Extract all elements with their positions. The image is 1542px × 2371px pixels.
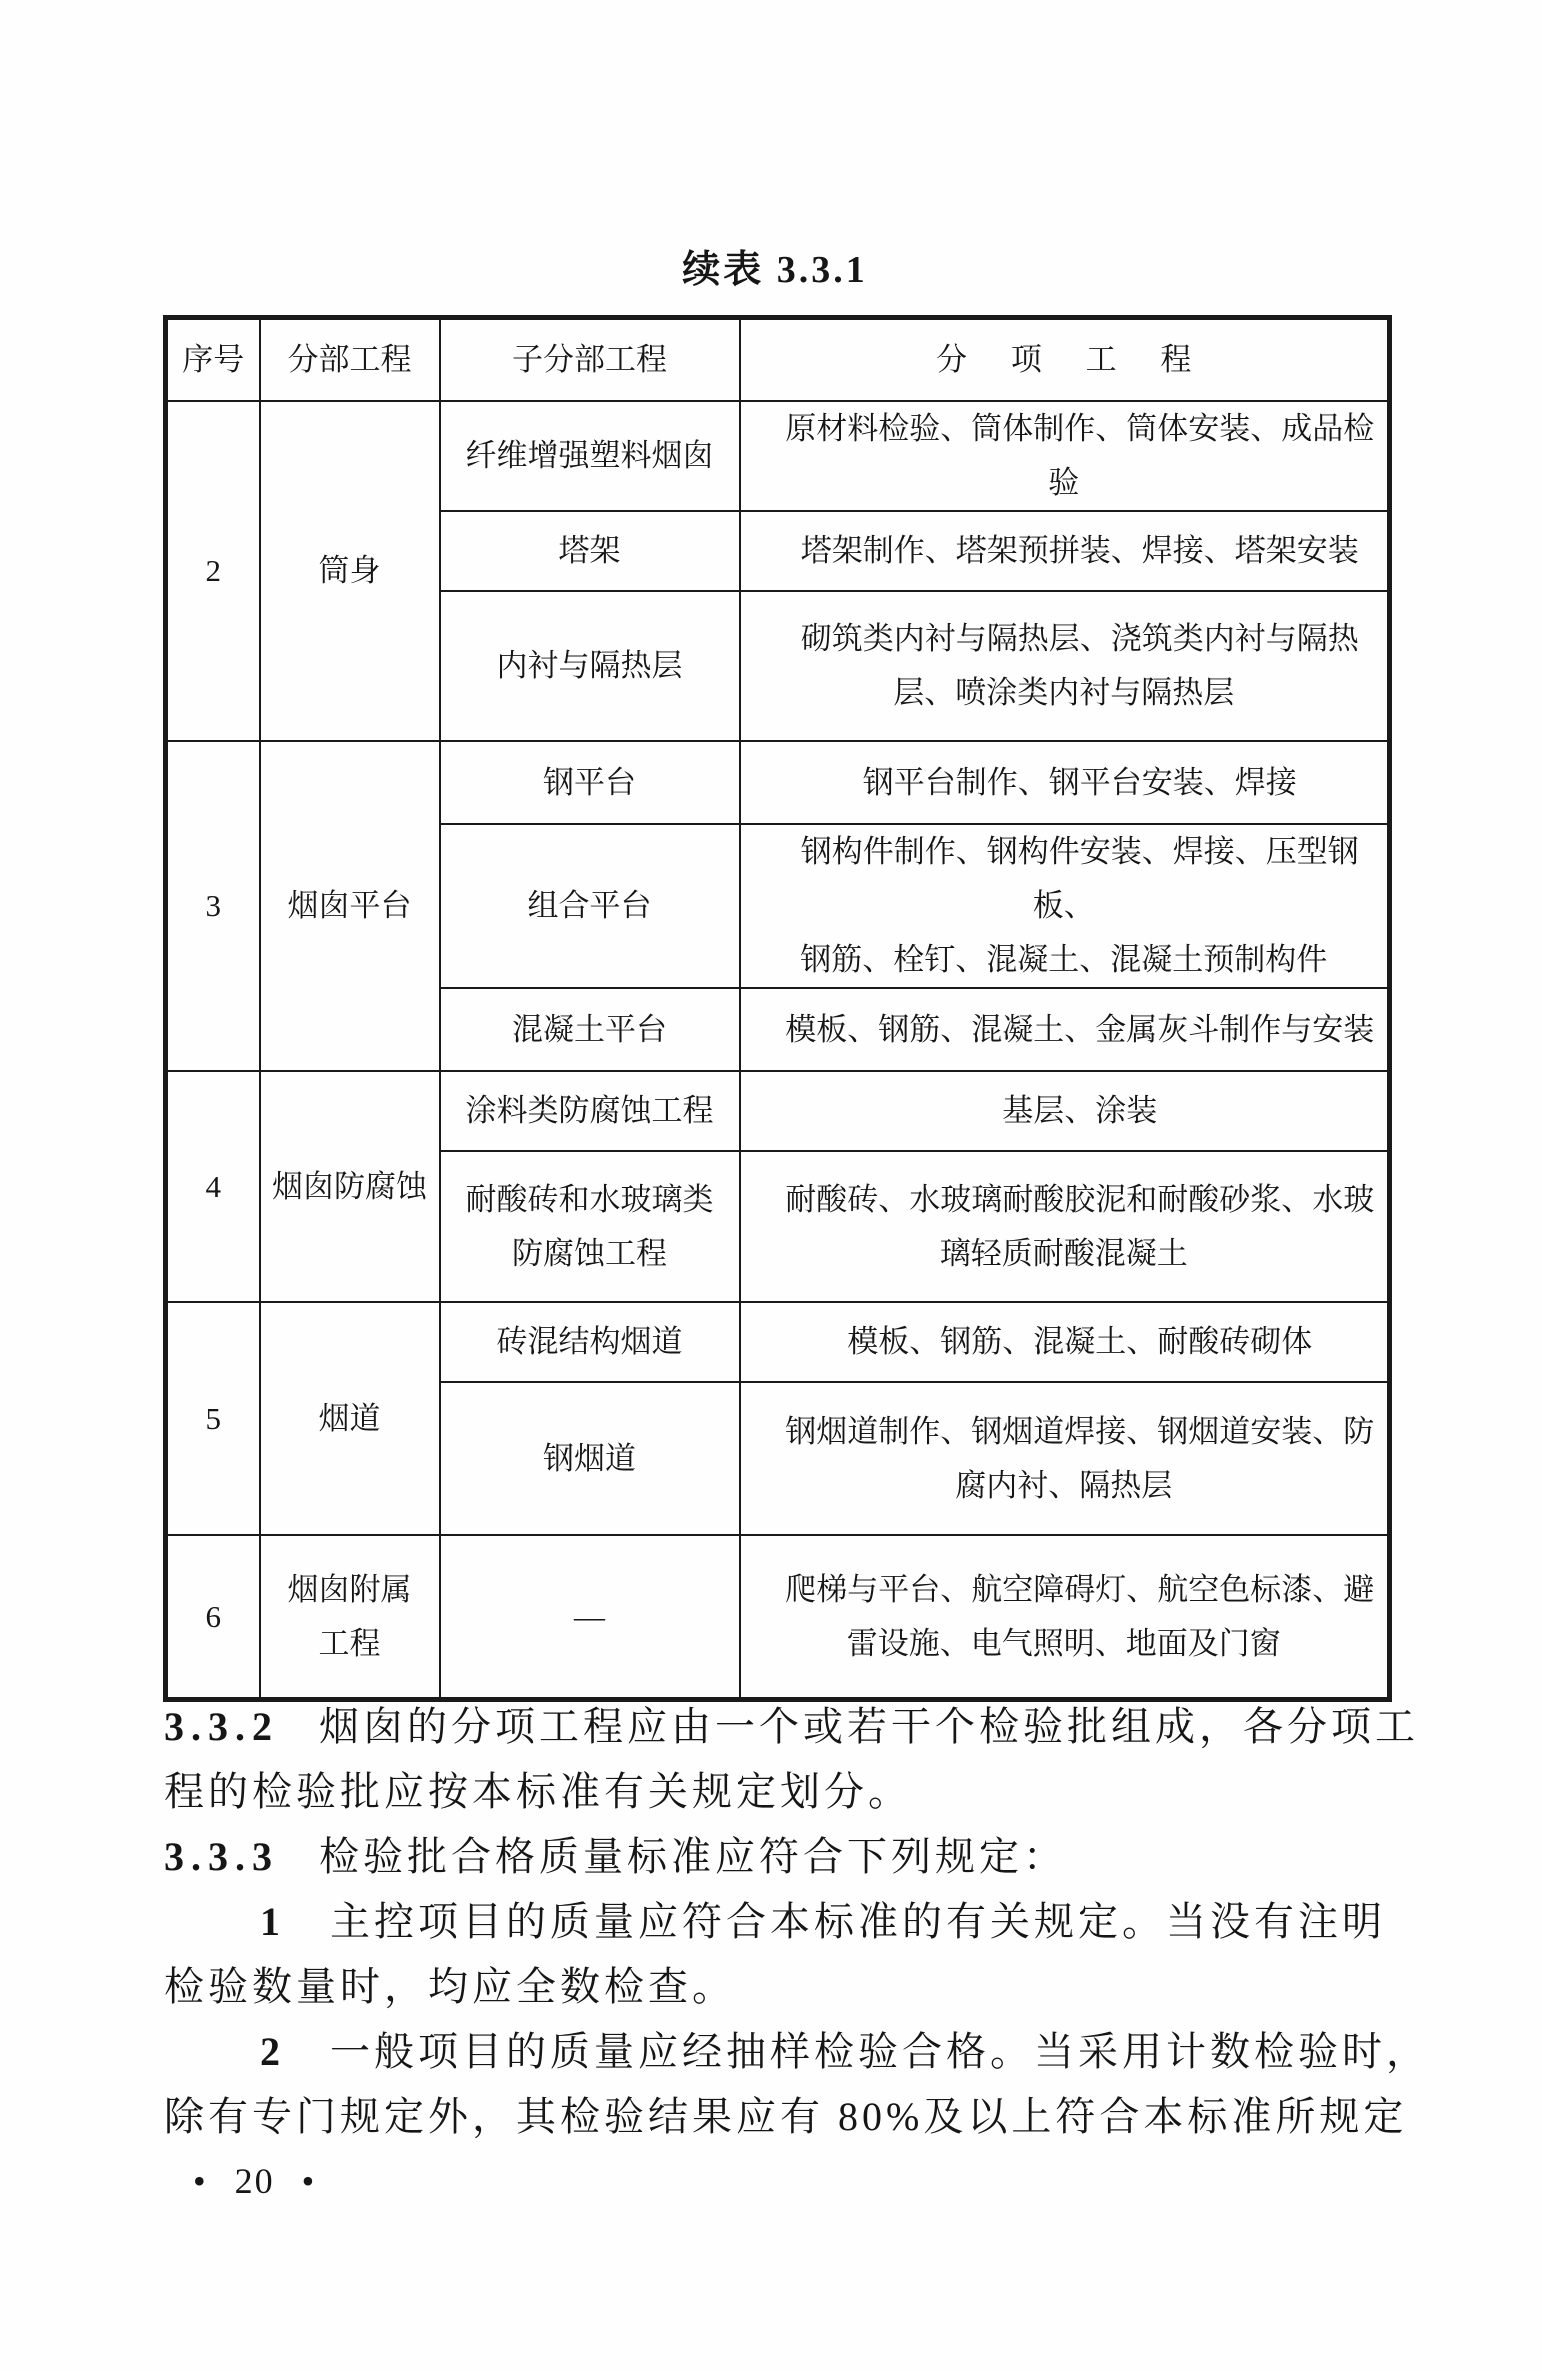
col-header-serial: 序号: [166, 318, 260, 402]
item-number: 2: [260, 2029, 284, 2074]
cell-subdivision: 砖混结构烟道: [440, 1302, 740, 1382]
item-text: 一般项目的质量应经抽样检验合格。当采用计数检验时， 除有专门规定外，其检验结果应…: [164, 2029, 1430, 2139]
cell-subdivision: 混凝土平台: [440, 988, 740, 1071]
clause-text: 烟囱的分项工程应由一个或若干个检验批组成，各分项工 程的检验批应按本标准有关规定…: [164, 1704, 1419, 1814]
table-title: 续表 3.3.1: [163, 248, 1387, 292]
cell-subdivision: 钢平台: [440, 741, 740, 824]
cell-items: 模板、钢筋、混凝土、耐酸砖砌体: [740, 1302, 1390, 1382]
page-number: • 20 •: [193, 2160, 316, 2202]
cell-items: 爬梯与平台、航空障碍灯、航空色标漆、避 雷设施、电气照明、地面及门窗: [740, 1535, 1390, 1700]
table-row: 3 烟囱平台 钢平台 钢平台制作、钢平台安装、焊接: [166, 741, 1390, 824]
cell-subdivision: 组合平台: [440, 824, 740, 988]
cell-items: 钢平台制作、钢平台安装、焊接: [740, 741, 1390, 824]
cell-subdivision: —: [440, 1535, 740, 1700]
col-header-items: 分 项 工 程: [740, 318, 1390, 402]
table-row: 2 筒身 纤维增强塑料烟囱 原材料检验、筒体制作、筒体安装、成品检验: [166, 401, 1390, 511]
cell-division: 烟囱平台: [260, 741, 440, 1071]
table-row: 5 烟道 砖混结构烟道 模板、钢筋、混凝土、耐酸砖砌体: [166, 1302, 1390, 1382]
cell-items: 原材料检验、筒体制作、筒体安装、成品检验: [740, 401, 1390, 511]
cell-items: 基层、涂装: [740, 1071, 1390, 1151]
cell-division: 烟道: [260, 1302, 440, 1535]
cell-division: 烟囱附属 工程: [260, 1535, 440, 1700]
cell-serial: 5: [166, 1302, 260, 1535]
cell-items: 塔架制作、塔架预拼装、焊接、塔架安装: [740, 511, 1390, 591]
cell-serial: 3: [166, 741, 260, 1071]
table-header-row: 序号 分部工程 子分部工程 分 项 工 程: [166, 318, 1390, 402]
cell-subdivision: 纤维增强塑料烟囱: [440, 401, 740, 511]
cell-items: 钢构件制作、钢构件安装、焊接、压型钢板、 钢筋、栓钉、混凝土、混凝土预制构件: [740, 824, 1390, 988]
clause-3-3-3: 3.3.3检验批合格质量标准应符合下列规定：: [164, 1824, 1454, 1889]
col-header-subdivision: 子分部工程: [440, 318, 740, 402]
clause-number: 3.3.2: [164, 1704, 279, 1749]
cell-subdivision: 涂料类防腐蚀工程: [440, 1071, 740, 1151]
list-item-2: 2一般项目的质量应经抽样检验合格。当采用计数检验时， 除有专门规定外，其检验结果…: [164, 2019, 1454, 2149]
body-text: 3.3.2烟囱的分项工程应由一个或若干个检验批组成，各分项工 程的检验批应按本标…: [164, 1694, 1454, 2149]
document-page: 续表 3.3.1 序号 分部工程 子分部工程 分 项 工 程 2 筒身 纤维增强…: [0, 0, 1542, 2371]
table-row: 4 烟囱防腐蚀 涂料类防腐蚀工程 基层、涂装: [166, 1071, 1390, 1151]
cell-serial: 2: [166, 401, 260, 741]
cell-serial: 4: [166, 1071, 260, 1302]
cell-subdivision: 钢烟道: [440, 1382, 740, 1535]
classification-table: 序号 分部工程 子分部工程 分 项 工 程 2 筒身 纤维增强塑料烟囱 原材料检…: [163, 315, 1392, 1702]
cell-items: 砌筑类内衬与隔热层、浇筑类内衬与隔热 层、喷涂类内衬与隔热层: [740, 591, 1390, 741]
cell-subdivision: 耐酸砖和水玻璃类 防腐蚀工程: [440, 1151, 740, 1302]
item-number: 1: [260, 1899, 284, 1944]
list-item-1: 1主控项目的质量应符合本标准的有关规定。当没有注明 检验数量时，均应全数检查。: [164, 1889, 1454, 2019]
cell-items: 模板、钢筋、混凝土、金属灰斗制作与安装: [740, 988, 1390, 1071]
cell-division: 烟囱防腐蚀: [260, 1071, 440, 1302]
cell-subdivision: 内衬与隔热层: [440, 591, 740, 741]
clause-3-3-2: 3.3.2烟囱的分项工程应由一个或若干个检验批组成，各分项工 程的检验批应按本标…: [164, 1694, 1454, 1824]
cell-items: 耐酸砖、水玻璃耐酸胶泥和耐酸砂浆、水玻 璃轻质耐酸混凝土: [740, 1151, 1390, 1302]
table-row: 6 烟囱附属 工程 — 爬梯与平台、航空障碍灯、航空色标漆、避 雷设施、电气照明…: [166, 1535, 1390, 1700]
clause-text: 检验批合格质量标准应符合下列规定：: [319, 1834, 1067, 1879]
cell-serial: 6: [166, 1535, 260, 1700]
clause-number: 3.3.3: [164, 1834, 279, 1879]
cell-division: 筒身: [260, 401, 440, 741]
item-text: 主控项目的质量应符合本标准的有关规定。当没有注明 检验数量时，均应全数检查。: [164, 1899, 1386, 2009]
cell-subdivision: 塔架: [440, 511, 740, 591]
col-header-division: 分部工程: [260, 318, 440, 402]
cell-items: 钢烟道制作、钢烟道焊接、钢烟道安装、防 腐内衬、隔热层: [740, 1382, 1390, 1535]
